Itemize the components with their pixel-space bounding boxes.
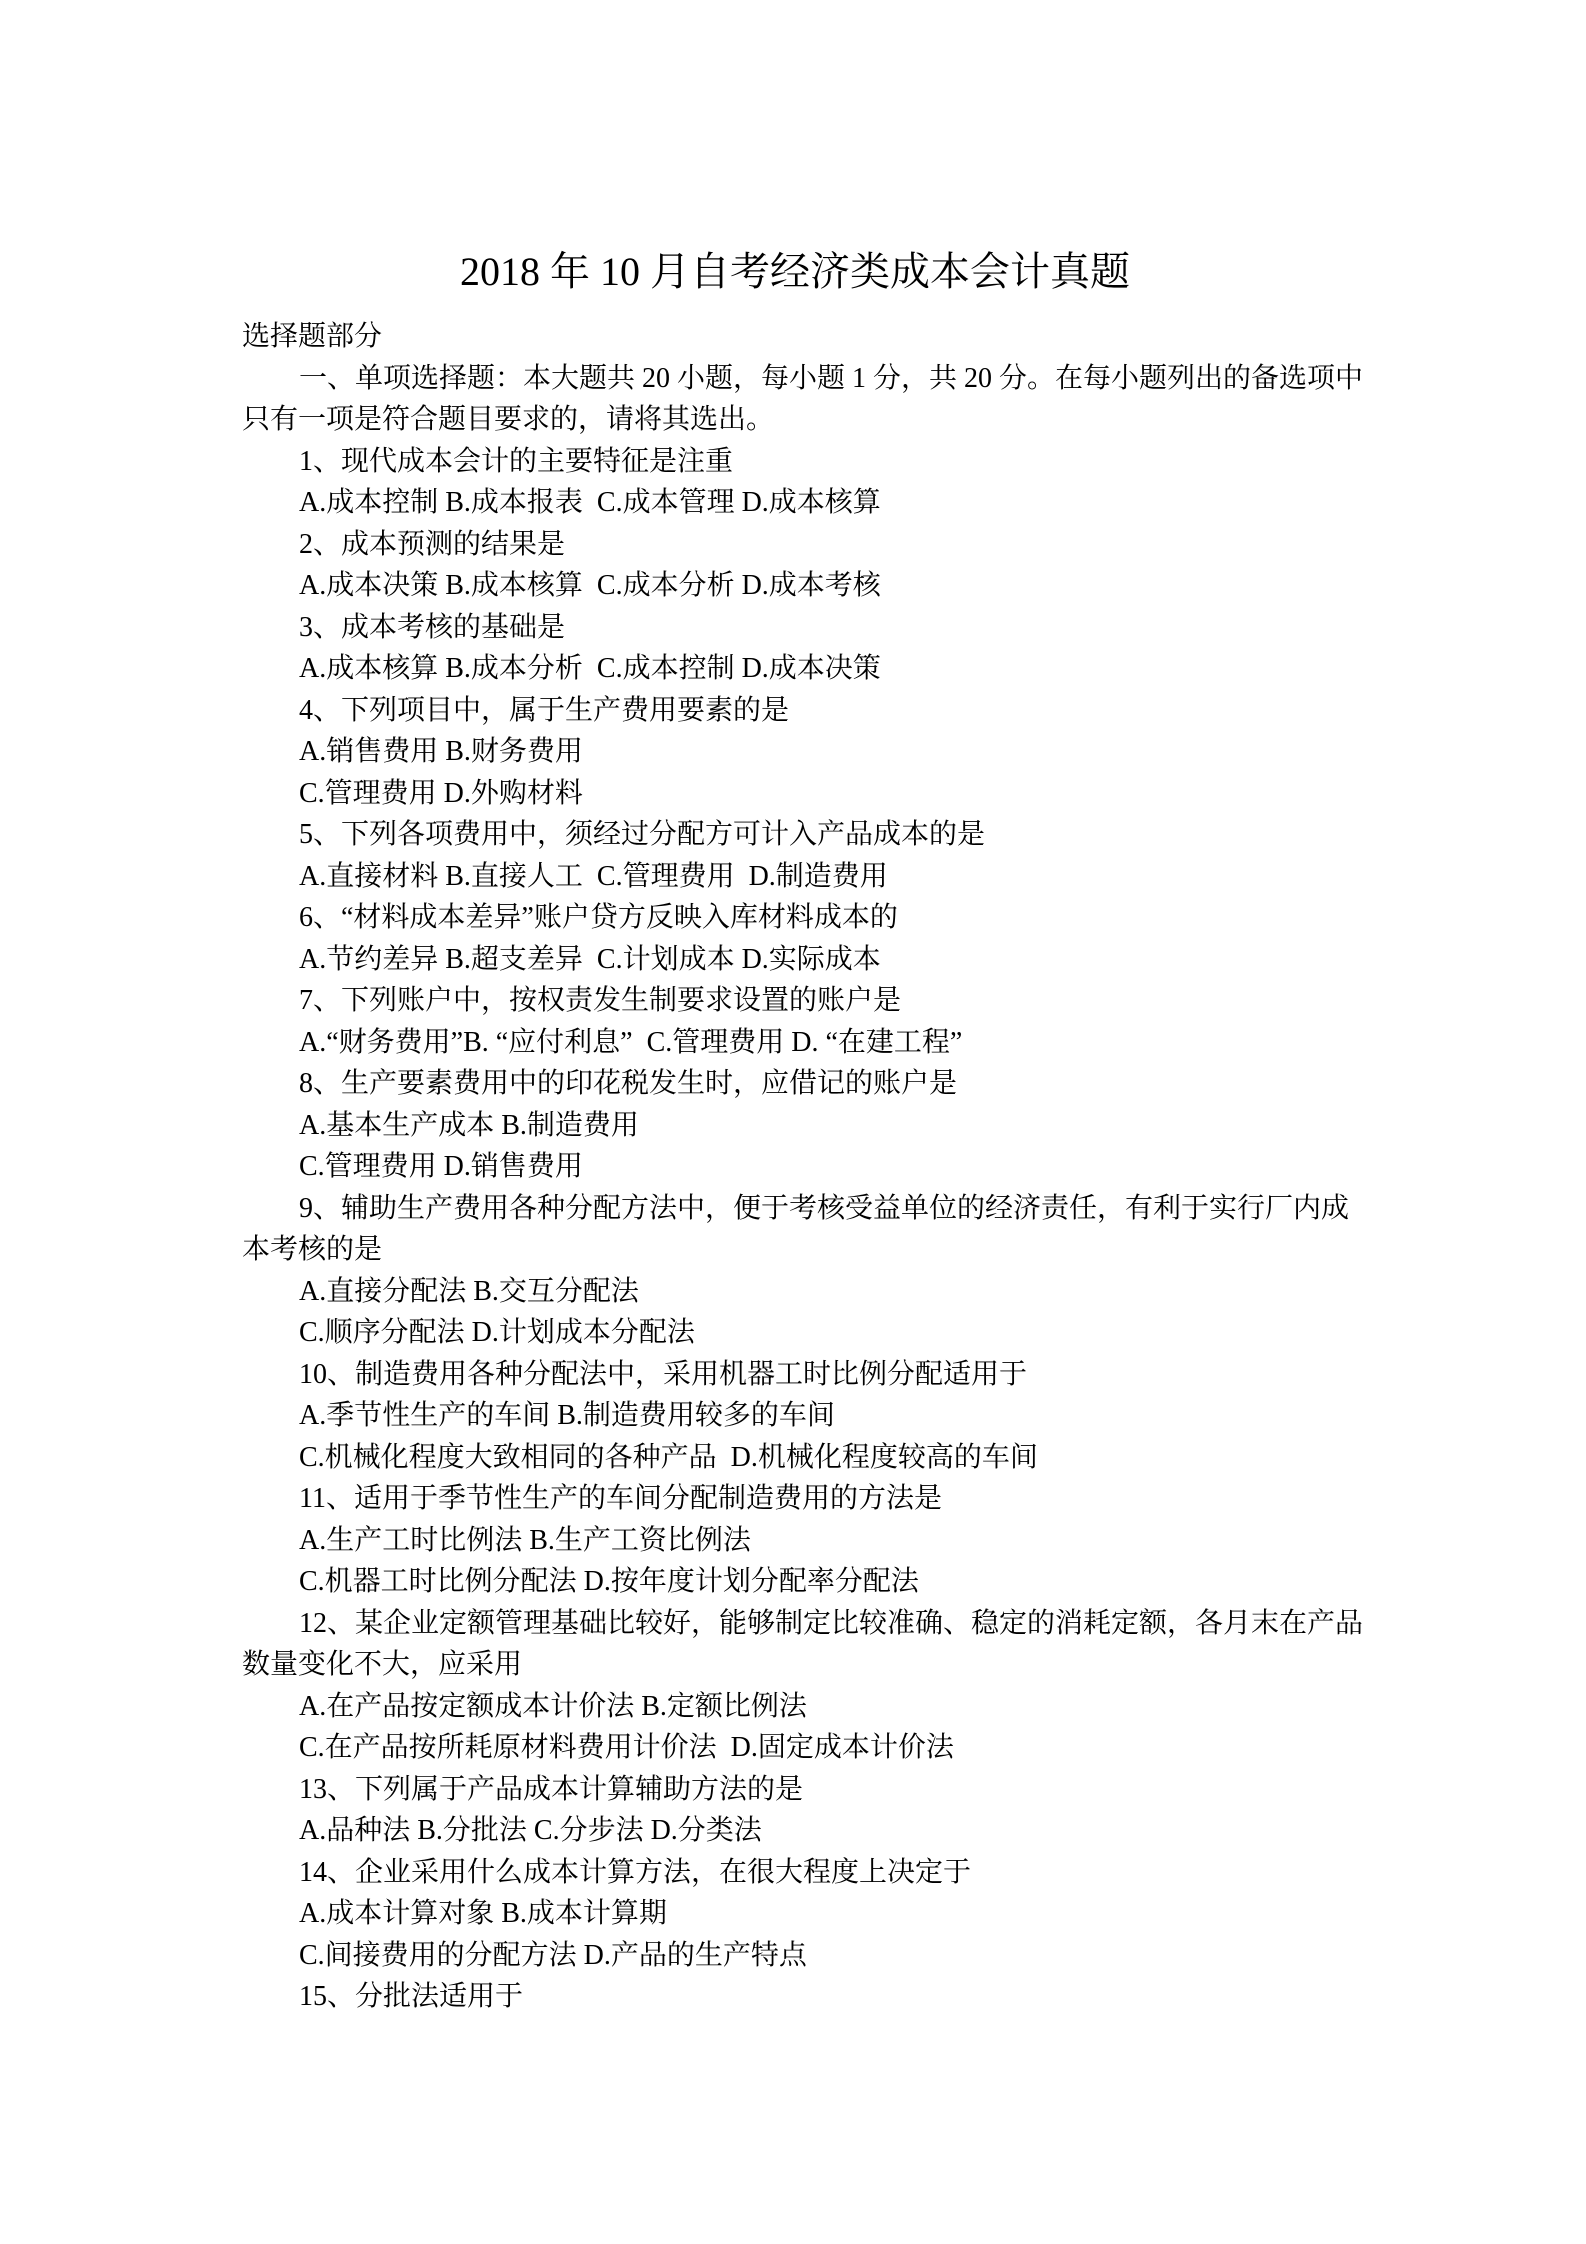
text-line: 12、某企业定额管理基础比较好，能够制定比较准确、稳定的消耗定额，各月末在产品 xyxy=(242,1603,1348,1645)
text-line: A.直接材料 B.直接人工 C.管理费用 D.制造费用 xyxy=(242,856,1348,898)
text-line: 13、下列属于产品成本计算辅助方法的是 xyxy=(242,1769,1348,1811)
text-line: A.季节性生产的车间 B.制造费用较多的车间 xyxy=(242,1395,1348,1437)
text-line: 8、生产要素费用中的印花税发生时，应借记的账户是 xyxy=(242,1063,1348,1105)
text-line: 9、辅助生产费用各种分配方法中，便于考核受益单位的经济责任，有利于实行厂内成 xyxy=(242,1188,1348,1230)
text-line: 14、企业采用什么成本计算方法，在很大程度上决定于 xyxy=(242,1852,1348,1894)
text-line: 15、分批法适用于 xyxy=(242,1976,1348,2018)
text-line: A.在产品按定额成本计价法 B.定额比例法 xyxy=(242,1686,1348,1728)
text-line: C.在产品按所耗原材料费用计价法 D.固定成本计价法 xyxy=(242,1727,1348,1769)
text-line: A.成本决策 B.成本核算 C.成本分析 D.成本考核 xyxy=(242,565,1348,607)
text-line: A.节约差异 B.超支差异 C.计划成本 D.实际成本 xyxy=(242,939,1348,981)
text-line: A.成本控制 B.成本报表 C.成本管理 D.成本核算 xyxy=(242,482,1348,524)
exam-document-page: 2018 年 10 月自考经济类成本会计真题 选择题部分一、单项选择题：本大题共… xyxy=(0,0,1586,2244)
page-title: 2018 年 10 月自考经济类成本会计真题 xyxy=(242,244,1348,300)
text-line: A.成本计算对象 B.成本计算期 xyxy=(242,1893,1348,1935)
text-line: C.管理费用 D.外购材料 xyxy=(242,773,1348,815)
text-line: 5、下列各项费用中，须经过分配方可计入产品成本的是 xyxy=(242,814,1348,856)
text-line: 11、适用于季节性生产的车间分配制造费用的方法是 xyxy=(242,1478,1348,1520)
text-line: 本考核的是 xyxy=(242,1229,1348,1271)
text-line: 10、制造费用各种分配法中，采用机器工时比例分配适用于 xyxy=(242,1354,1348,1396)
text-line: 6、“材料成本差异”账户贷方反映入库材料成本的 xyxy=(242,897,1348,939)
text-line: 2、成本预测的结果是 xyxy=(242,524,1348,566)
text-line: 选择题部分 xyxy=(242,316,1348,358)
text-line: C.机器工时比例分配法 D.按年度计划分配率分配法 xyxy=(242,1561,1348,1603)
text-line: 4、下列项目中，属于生产费用要素的是 xyxy=(242,690,1348,732)
text-line: A.品种法 B.分批法 C.分步法 D.分类法 xyxy=(242,1810,1348,1852)
text-line: 3、成本考核的基础是 xyxy=(242,607,1348,649)
text-line: A.销售费用 B.财务费用 xyxy=(242,731,1348,773)
text-line: 一、单项选择题：本大题共 20 小题，每小题 1 分，共 20 分。在每小题列出… xyxy=(242,358,1348,400)
document-body: 选择题部分一、单项选择题：本大题共 20 小题，每小题 1 分，共 20 分。在… xyxy=(242,316,1348,2018)
text-line: A.直接分配法 B.交互分配法 xyxy=(242,1271,1348,1313)
text-line: A.生产工时比例法 B.生产工资比例法 xyxy=(242,1520,1348,1562)
text-line: 只有一项是符合题目要求的，请将其选出。 xyxy=(242,399,1348,441)
text-line: A.成本核算 B.成本分析 C.成本控制 D.成本决策 xyxy=(242,648,1348,690)
text-line: C.顺序分配法 D.计划成本分配法 xyxy=(242,1312,1348,1354)
text-line: C.管理费用 D.销售费用 xyxy=(242,1146,1348,1188)
text-line: A.“财务费用”B. “应付利息” C.管理费用 D. “在建工程” xyxy=(242,1022,1348,1064)
text-line: 1、现代成本会计的主要特征是注重 xyxy=(242,441,1348,483)
text-line: 7、下列账户中，按权责发生制要求设置的账户是 xyxy=(242,980,1348,1022)
text-line: C.机械化程度大致相同的各种产品 D.机械化程度较高的车间 xyxy=(242,1437,1348,1479)
text-line: 数量变化不大，应采用 xyxy=(242,1644,1348,1686)
text-line: A.基本生产成本 B.制造费用 xyxy=(242,1105,1348,1147)
text-line: C.间接费用的分配方法 D.产品的生产特点 xyxy=(242,1935,1348,1977)
